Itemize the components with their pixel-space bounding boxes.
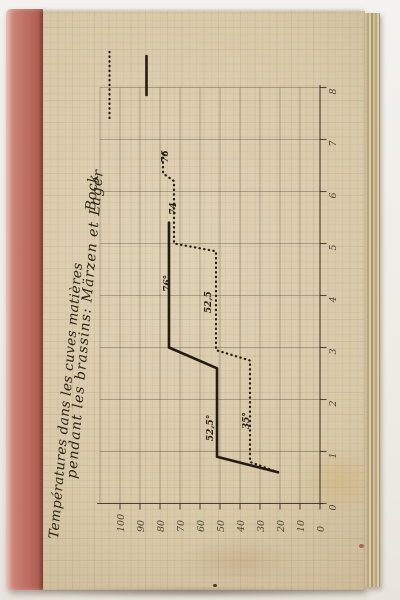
book-shadow	[10, 588, 378, 597]
red-speck	[359, 544, 364, 548]
chart-title-line3: Bock	[83, 173, 102, 211]
book-cover-spine	[6, 9, 43, 590]
paper-stain	[163, 531, 313, 591]
ink-speck	[213, 584, 217, 587]
page-edges	[365, 13, 380, 587]
